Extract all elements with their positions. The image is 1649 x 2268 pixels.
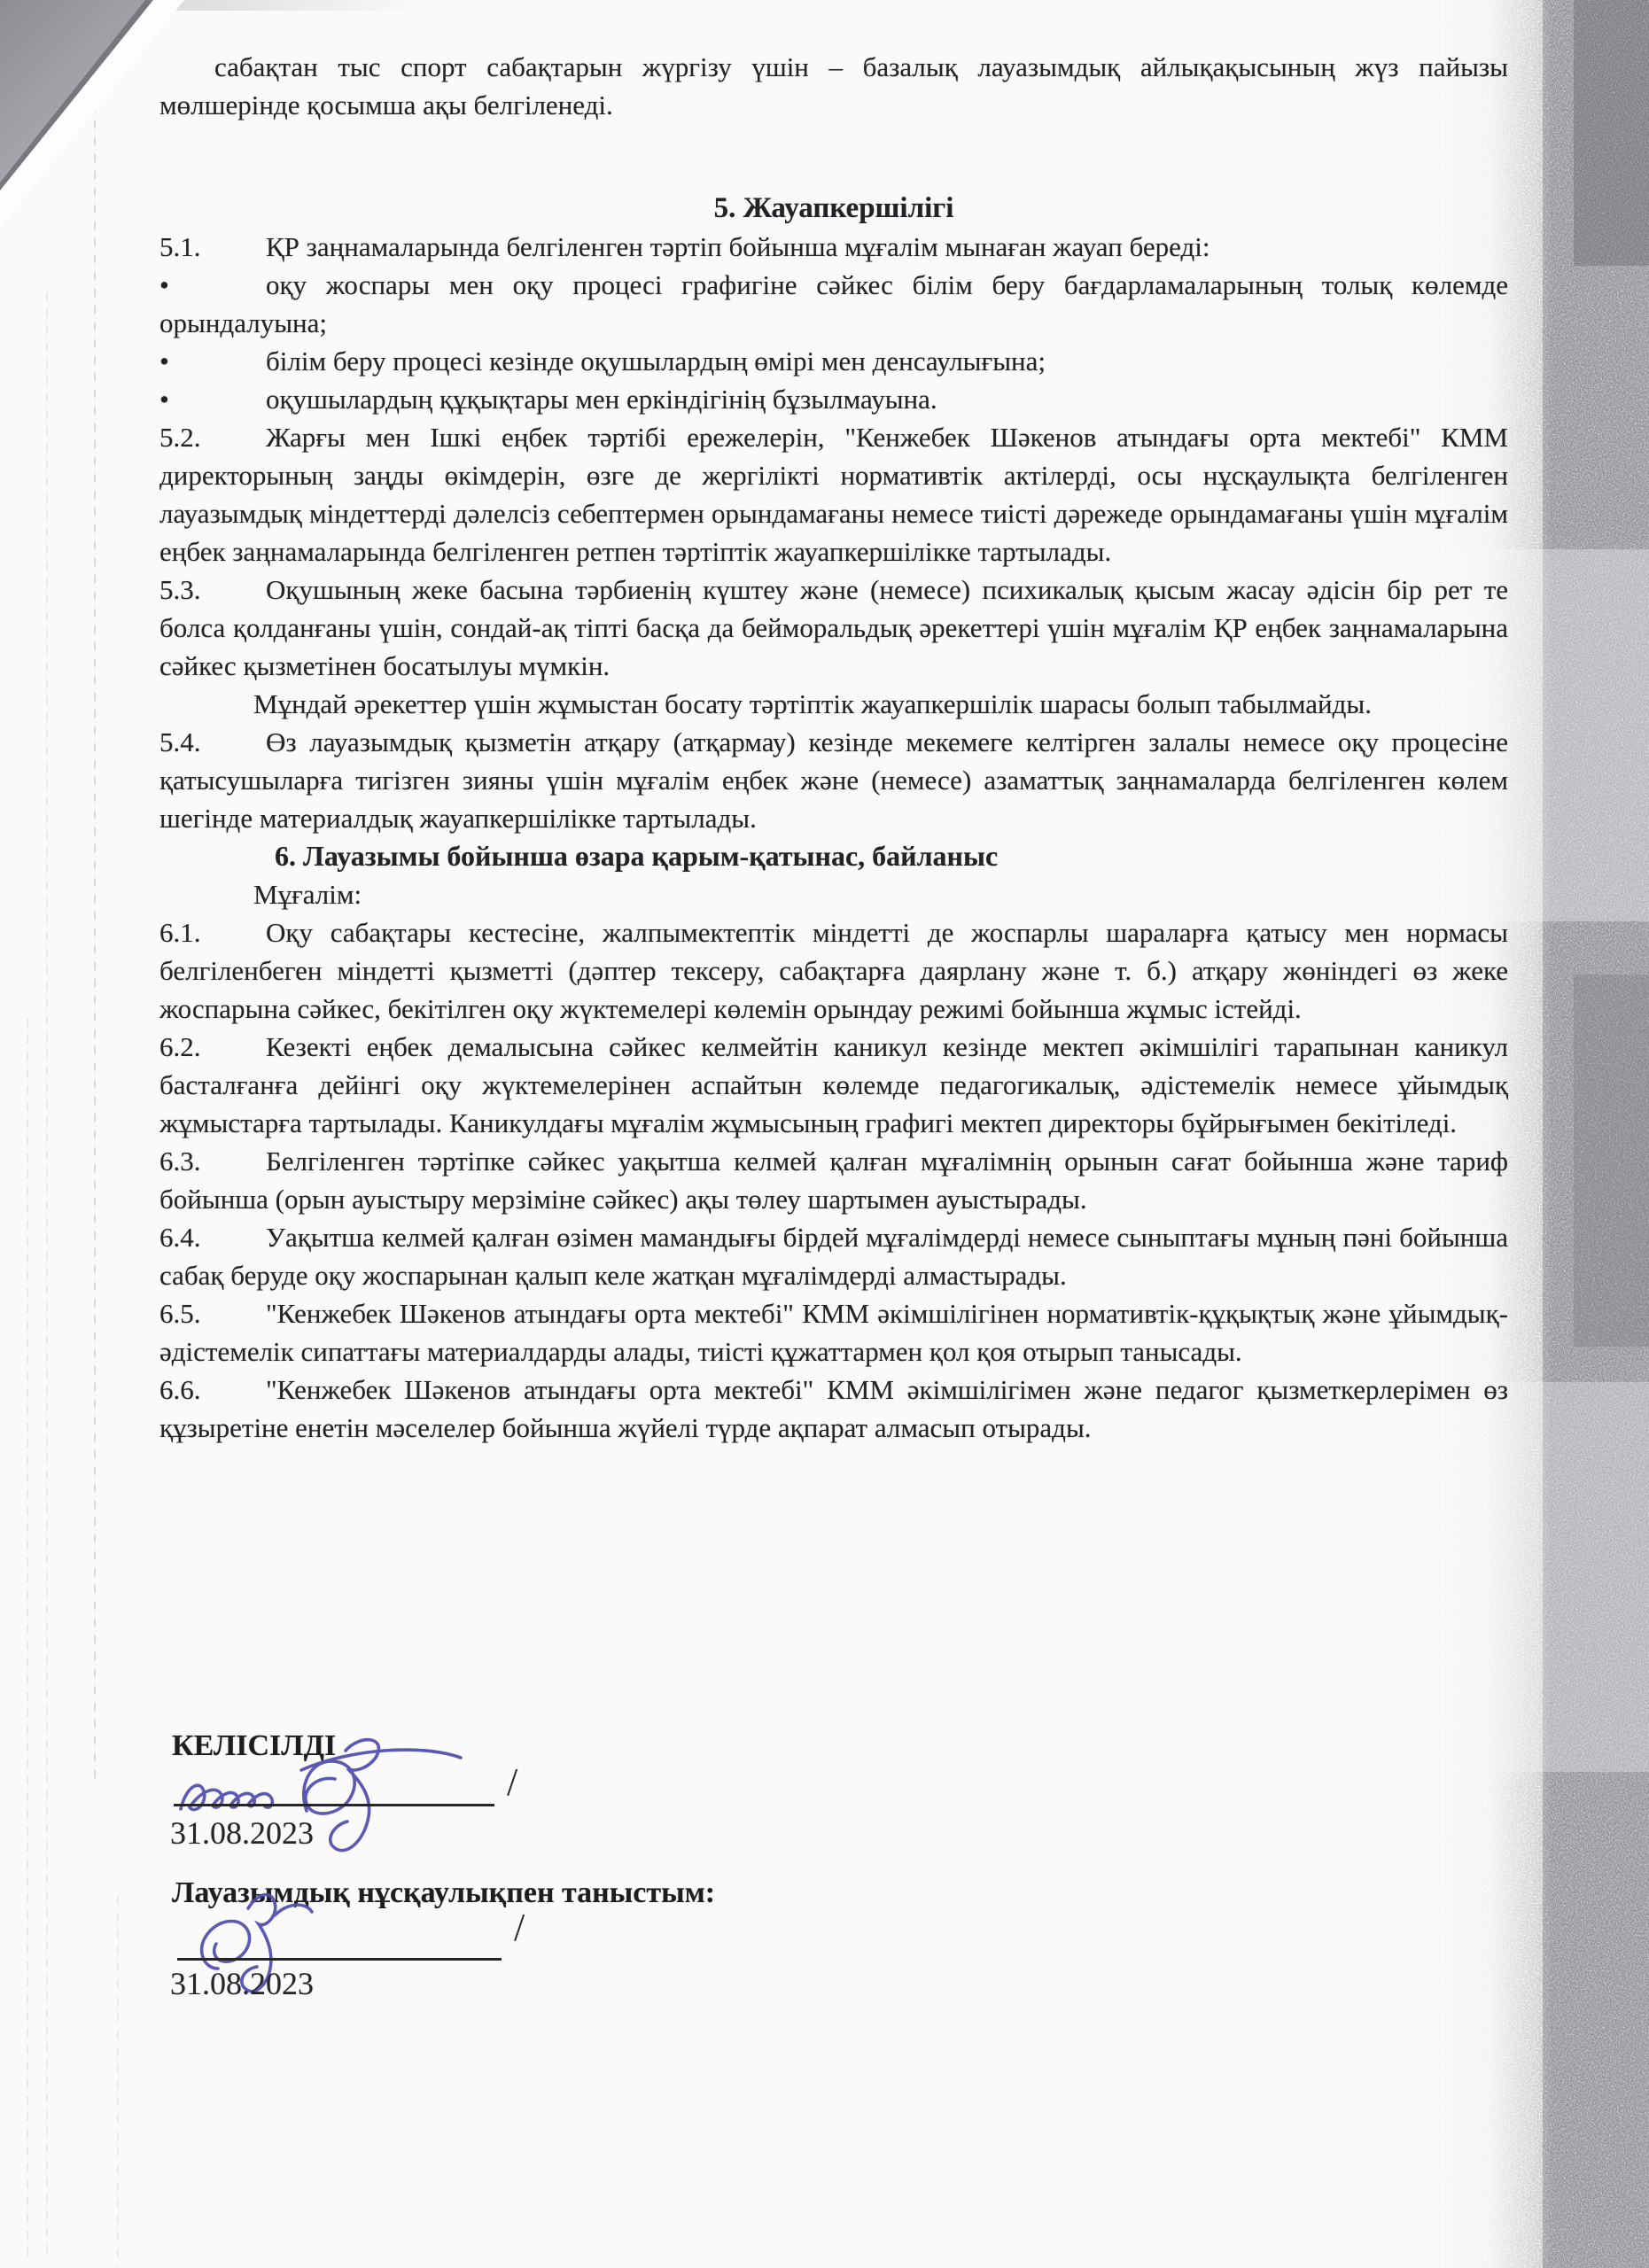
approval-date-1: 31.08.2023 bbox=[170, 1814, 314, 1852]
approval-date-2: 31.08.2023 bbox=[170, 1965, 314, 2002]
bullet-marker: • bbox=[159, 342, 266, 380]
section5-heading: 5. Жауапкершілігі bbox=[159, 190, 1508, 228]
clause-6-2: 6.2.Кезекті еңбек демалысына сәйкес келм… bbox=[159, 1028, 1508, 1142]
slash-separator: / bbox=[514, 1905, 525, 1950]
clause-number: 5.3. bbox=[159, 571, 266, 609]
clause-6-6: 6.6."Кенжебек Шәкенов атындағы орта мект… bbox=[159, 1371, 1508, 1447]
section6-heading: 6. Лауазымы бойынша өзара қарым-қатынас,… bbox=[159, 837, 1508, 875]
signature-line-2 bbox=[177, 1958, 502, 1961]
clause-5-4: 5.4.Өз лауазымдық қызметін атқару (атқар… bbox=[159, 723, 1508, 837]
clause-number: 5.1. bbox=[159, 228, 266, 266]
bullet-marker: • bbox=[159, 266, 266, 304]
slash-separator: / bbox=[507, 1759, 517, 1805]
clause-number: 6.1. bbox=[159, 913, 266, 951]
clause-number: 5.2. bbox=[159, 418, 266, 456]
scan-streak-line bbox=[27, 1019, 28, 2259]
clause-6-3: 6.3.Белгіленген тәртіпке сәйкес уақытша … bbox=[159, 1142, 1508, 1218]
clause-number: 5.4. bbox=[159, 723, 266, 761]
clause-number: 6.5. bbox=[159, 1294, 266, 1332]
section6-lead: Мұғалім: bbox=[159, 875, 1508, 913]
scan-streak-line bbox=[117, 1896, 119, 2268]
clause-5-3-note: Мұндай әрекеттер үшін жұмыстан босату тә… bbox=[159, 685, 1508, 723]
clause-5-3: 5.3.Оқушының жеке басына тәрбиенің күште… bbox=[159, 571, 1508, 685]
bullet-item: •оқу жоспары мен оқу процесі графигіне с… bbox=[159, 266, 1508, 342]
bullet-marker: • bbox=[159, 380, 266, 418]
document-body: сабақтан тыс спорт сабақтарын жүргізу үш… bbox=[159, 48, 1508, 1447]
approval-block: КЕЛІСІЛДІ / 31.08.2023 Лауазымдық нұсқау… bbox=[159, 1729, 833, 2048]
clause-5-1: 5.1.ҚР заңнамаларында белгіленген тәртіп… bbox=[159, 228, 1508, 266]
bullet-item: •оқушылардың құқықтары мен еркіндігінің … bbox=[159, 380, 1508, 418]
scan-streak-line bbox=[94, 53, 96, 1781]
clause-5-2: 5.2.Жарғы мен Ішкі еңбек тәртібі ережеле… bbox=[159, 418, 1508, 571]
clause-6-4: 6.4.Уақытша келмей қалған өзімен маманды… bbox=[159, 1218, 1508, 1294]
clause-number: 6.3. bbox=[159, 1142, 266, 1180]
paragraph-intro: сабақтан тыс спорт сабақтарын жүргізу үш… bbox=[159, 48, 1508, 124]
scanned-document-page: сабақтан тыс спорт сабақтарын жүргізу үш… bbox=[0, 0, 1649, 2268]
clause-6-5: 6.5."Кенжебек Шәкенов атындағы орта мект… bbox=[159, 1294, 1508, 1371]
clause-number: 6.2. bbox=[159, 1028, 266, 1066]
bullet-item: •білім беру процесі кезінде оқушылардың … bbox=[159, 342, 1508, 380]
clause-6-1: 6.1.Оқу сабақтары кестесіне, жалпымектеп… bbox=[159, 913, 1508, 1028]
signature-line-1 bbox=[174, 1804, 494, 1806]
clause-number: 6.4. bbox=[159, 1218, 266, 1256]
scan-streak-line bbox=[46, 292, 48, 2259]
clause-number: 6.6. bbox=[159, 1371, 266, 1409]
